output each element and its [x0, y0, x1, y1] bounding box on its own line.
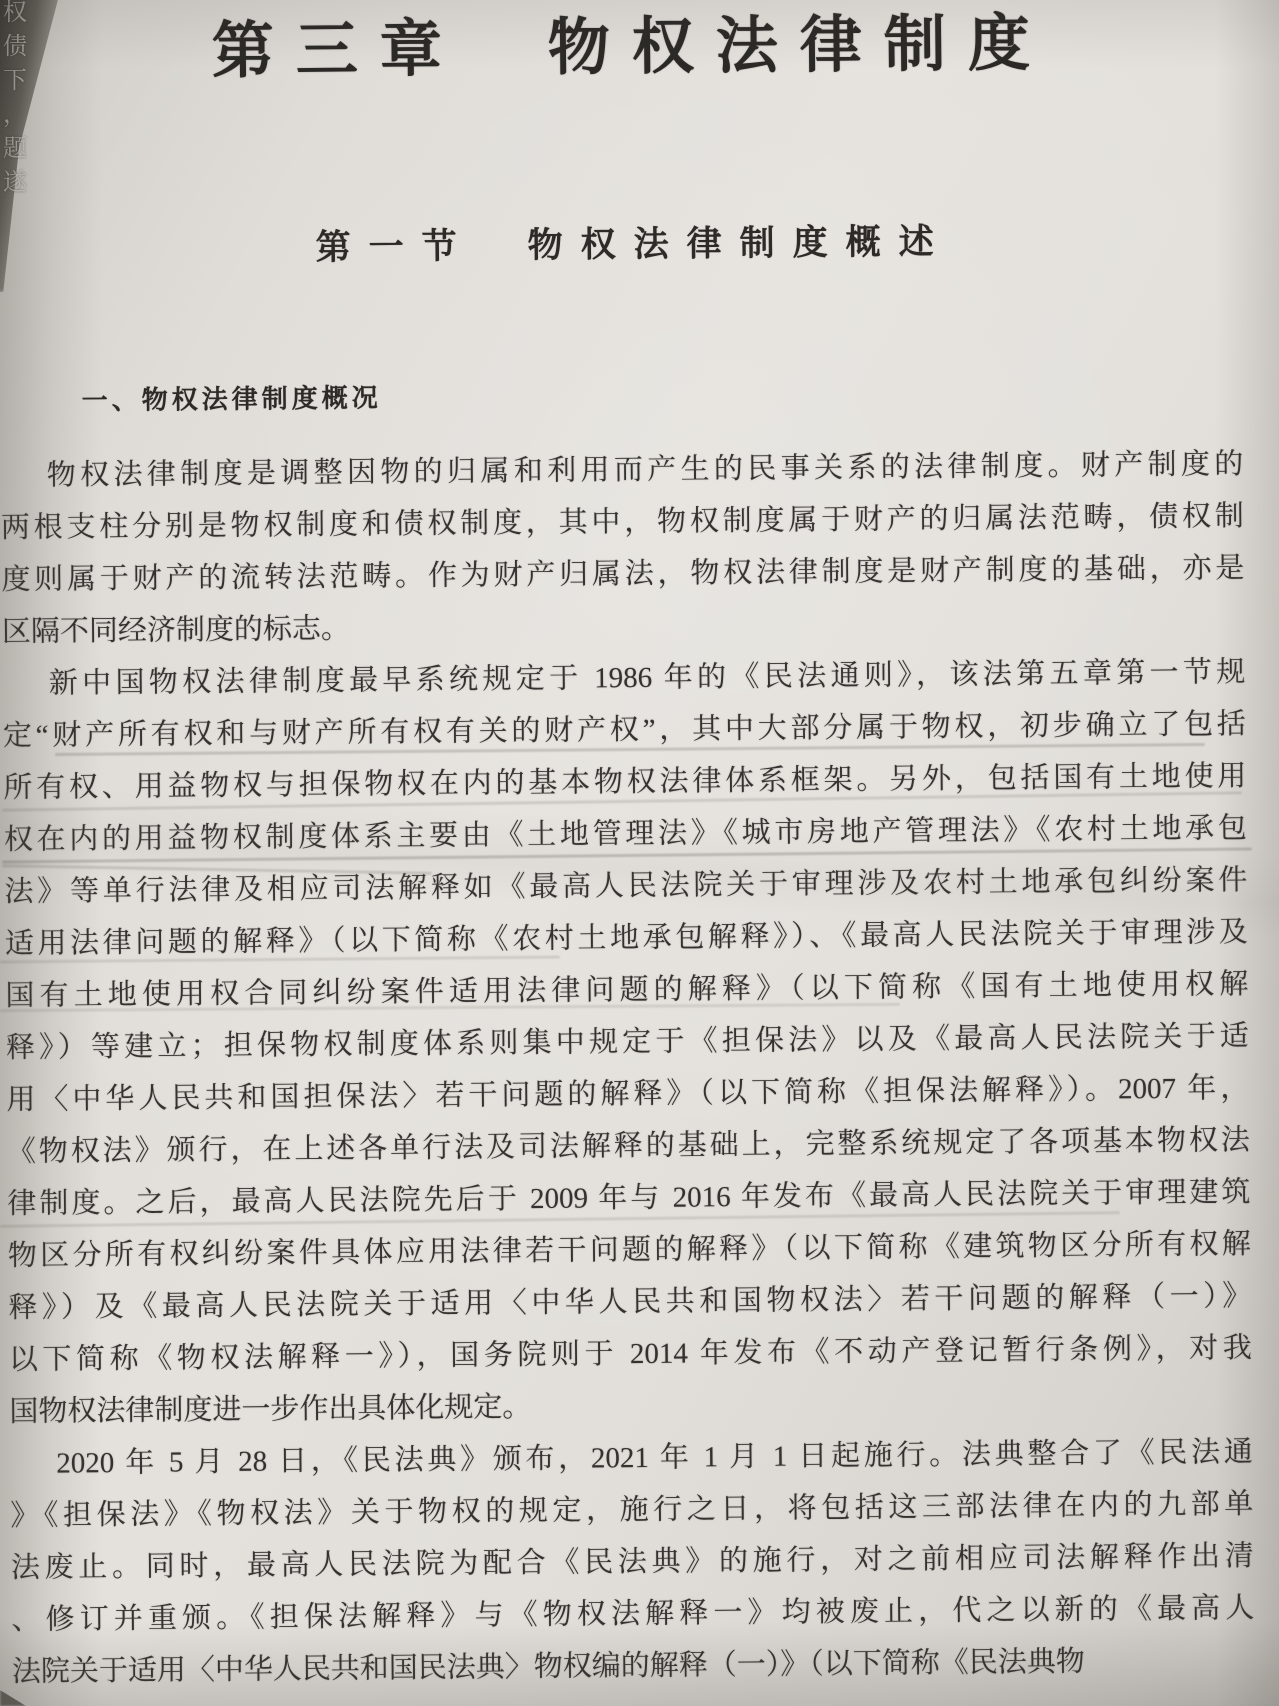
spine-edge-glyph: 下	[3, 68, 31, 94]
paragraph: 物权法律制度是调整因物的归属和利用而产生的民事关系的法律制度。财产制度的两根支柱…	[0, 438, 1245, 658]
spine-edge-glyphs: 权债下，题遂	[3, 0, 31, 196]
chapter-title: 第三章 物权法律制度	[0, 6, 1272, 90]
spine-edge-glyph: 遂	[3, 170, 31, 196]
spine-edge-glyph: 题	[3, 136, 31, 162]
spine-edge-glyph: ，	[3, 102, 31, 128]
section-title: 第一节 物权法律制度概述	[0, 216, 1273, 274]
spine-edge-glyph: 债	[3, 34, 31, 60]
page-content: 第三章 物权法律制度 第一节 物权法律制度概述 一、物权法律制度概况 物权法律制…	[0, 0, 1279, 1698]
spine-edge-glyph: 权	[3, 0, 31, 26]
subheading: 一、物权法律制度概况	[81, 372, 1274, 417]
paragraph: 2020 年 5 月 28 日，《民法典》颁布，2021 年 1 月 1 日起施…	[10, 1426, 1255, 1698]
photo-of-book-page: 权债下，题遂 第三章 物权法律制度 第一节 物权法律制度概述 一、物权法律制度概…	[0, 0, 1279, 1706]
body-text: 物权法律制度是调整因物的归属和利用而产生的民事关系的法律制度。财产制度的两根支柱…	[0, 438, 1279, 1698]
paragraph: 新中国物权法律制度最早系统规定于 1986 年的《民法通则》，该法第五章第一节规…	[2, 646, 1252, 1438]
body-line: 法院关于适用〈中华人民共和国民法典〉物权编的解释（一）》（以下简称《民法典物	[12, 1634, 1255, 1698]
